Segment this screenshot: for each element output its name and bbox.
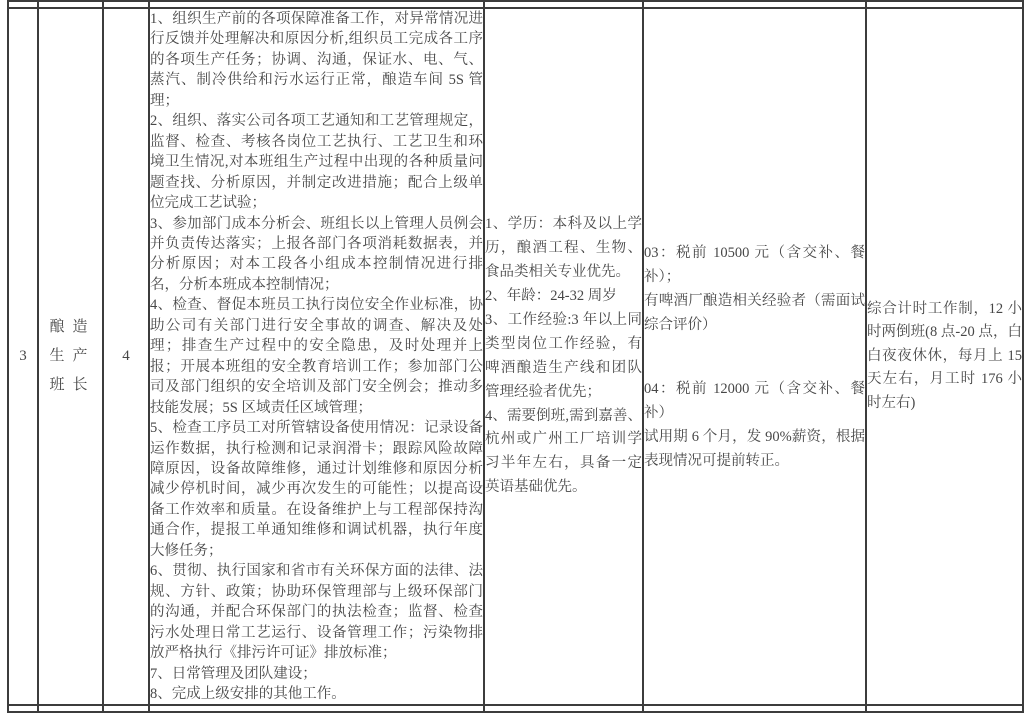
job-row: 3 酿造生产班长 4 1、组织生产前的各项保障准备工作，对异常情况进行反馈并处理…	[8, 8, 1023, 705]
position-cell: 酿造生产班长	[38, 8, 103, 705]
duties-cell: 1、组织生产前的各项保障准备工作，对异常情况进行反馈并处理解决和原因分析,组织员…	[149, 8, 484, 705]
duty-item-5: 5、检查工序员工对所管辖设备使用情况：记录设备运作数据，执行检测和记录润滑卡；跟…	[150, 418, 483, 561]
requirement-item-1: 1、学历：本科及以上学历，酿酒工程、生物、食品类相关专业优先。	[485, 213, 642, 285]
schedule-text: 综合计时工作制，12 小时两倒班(8 点-20 点，白白夜夜休休，每月上 15 …	[867, 298, 1022, 416]
duty-item-3: 3、参加部门成本分析会、班组长以上管理人员例会并负责传达落实；上报各部门各项消耗…	[150, 214, 483, 296]
row-number: 3	[19, 348, 27, 364]
scanned-document-page: 3 酿造生产班长 4 1、组织生产前的各项保障准备工作，对异常情况进行反馈并处理…	[0, 0, 1029, 713]
duty-item-8: 8、完成上级安排的其他工作。	[150, 684, 483, 704]
salary-offer-03-note: 有啤酒厂酿造相关经验者（需面试综合评价）	[644, 289, 865, 337]
salary-offer-03-amount: 03：税前 10500 元（含交补、餐补）；	[644, 241, 865, 289]
requirement-item-3: 3、工作经验:3 年以上同类型岗位工作经验，有啤酒酿造生产线和团队管理经验者优先…	[485, 309, 642, 405]
headcount-cell: 4	[103, 8, 149, 705]
adjacent-row-stub-top	[8, 1, 1023, 8]
salary-offer-03: 03：税前 10500 元（含交补、餐补）； 有啤酒厂酿造相关经验者（需面试综合…	[644, 241, 865, 337]
position-title: 酿造生产班长	[50, 313, 92, 400]
salary-offer-04-note: 试用期 6 个月，发 90%薪资，根据表现情况可提前转正。	[644, 425, 865, 473]
requirement-item-2: 2、年龄：24-32 周岁	[485, 285, 642, 309]
salary-cell: 03：税前 10500 元（含交补、餐补）； 有啤酒厂酿造相关经验者（需面试综合…	[643, 8, 866, 705]
duty-item-6: 6、贯彻、执行国家和省市有关环保方面的法律、法规、方针、政策；协助环保管理部与上…	[150, 561, 483, 663]
requirements-cell: 1、学历：本科及以上学历，酿酒工程、生物、食品类相关专业优先。 2、年龄：24-…	[484, 8, 643, 705]
duty-item-7: 7、日常管理及团队建设；	[150, 664, 483, 684]
row-number-cell: 3	[8, 8, 38, 705]
salary-offer-04-amount: 04：税前 12000 元（含交补、餐补）	[644, 377, 865, 425]
duty-item-1: 1、组织生产前的各项保障准备工作，对异常情况进行反馈并处理解决和原因分析,组织员…	[150, 9, 483, 111]
headcount-value: 4	[122, 348, 130, 364]
recruitment-table: 3 酿造生产班长 4 1、组织生产前的各项保障准备工作，对异常情况进行反馈并处理…	[7, 0, 1024, 713]
duty-item-4: 4、检查、督促本班员工执行岗位安全作业标准，协助公司有关部门进行安全事故的调查、…	[150, 295, 483, 418]
salary-offer-04: 04：税前 12000 元（含交补、餐补） 试用期 6 个月，发 90%薪资，根…	[644, 377, 865, 473]
duty-item-2: 2、组织、落实公司各项工艺通知和工艺管理规定，监督、检查、考核各岗位工艺执行、工…	[150, 111, 483, 213]
requirement-item-4: 4、需要倒班,需到嘉善、杭州或广州工厂培训学习半年左右，具备一定英语基础优先。	[485, 405, 642, 501]
schedule-cell: 综合计时工作制，12 小时两倒班(8 点-20 点，白白夜夜休休，每月上 15 …	[866, 8, 1023, 705]
adjacent-row-stub-bottom	[8, 705, 1023, 712]
